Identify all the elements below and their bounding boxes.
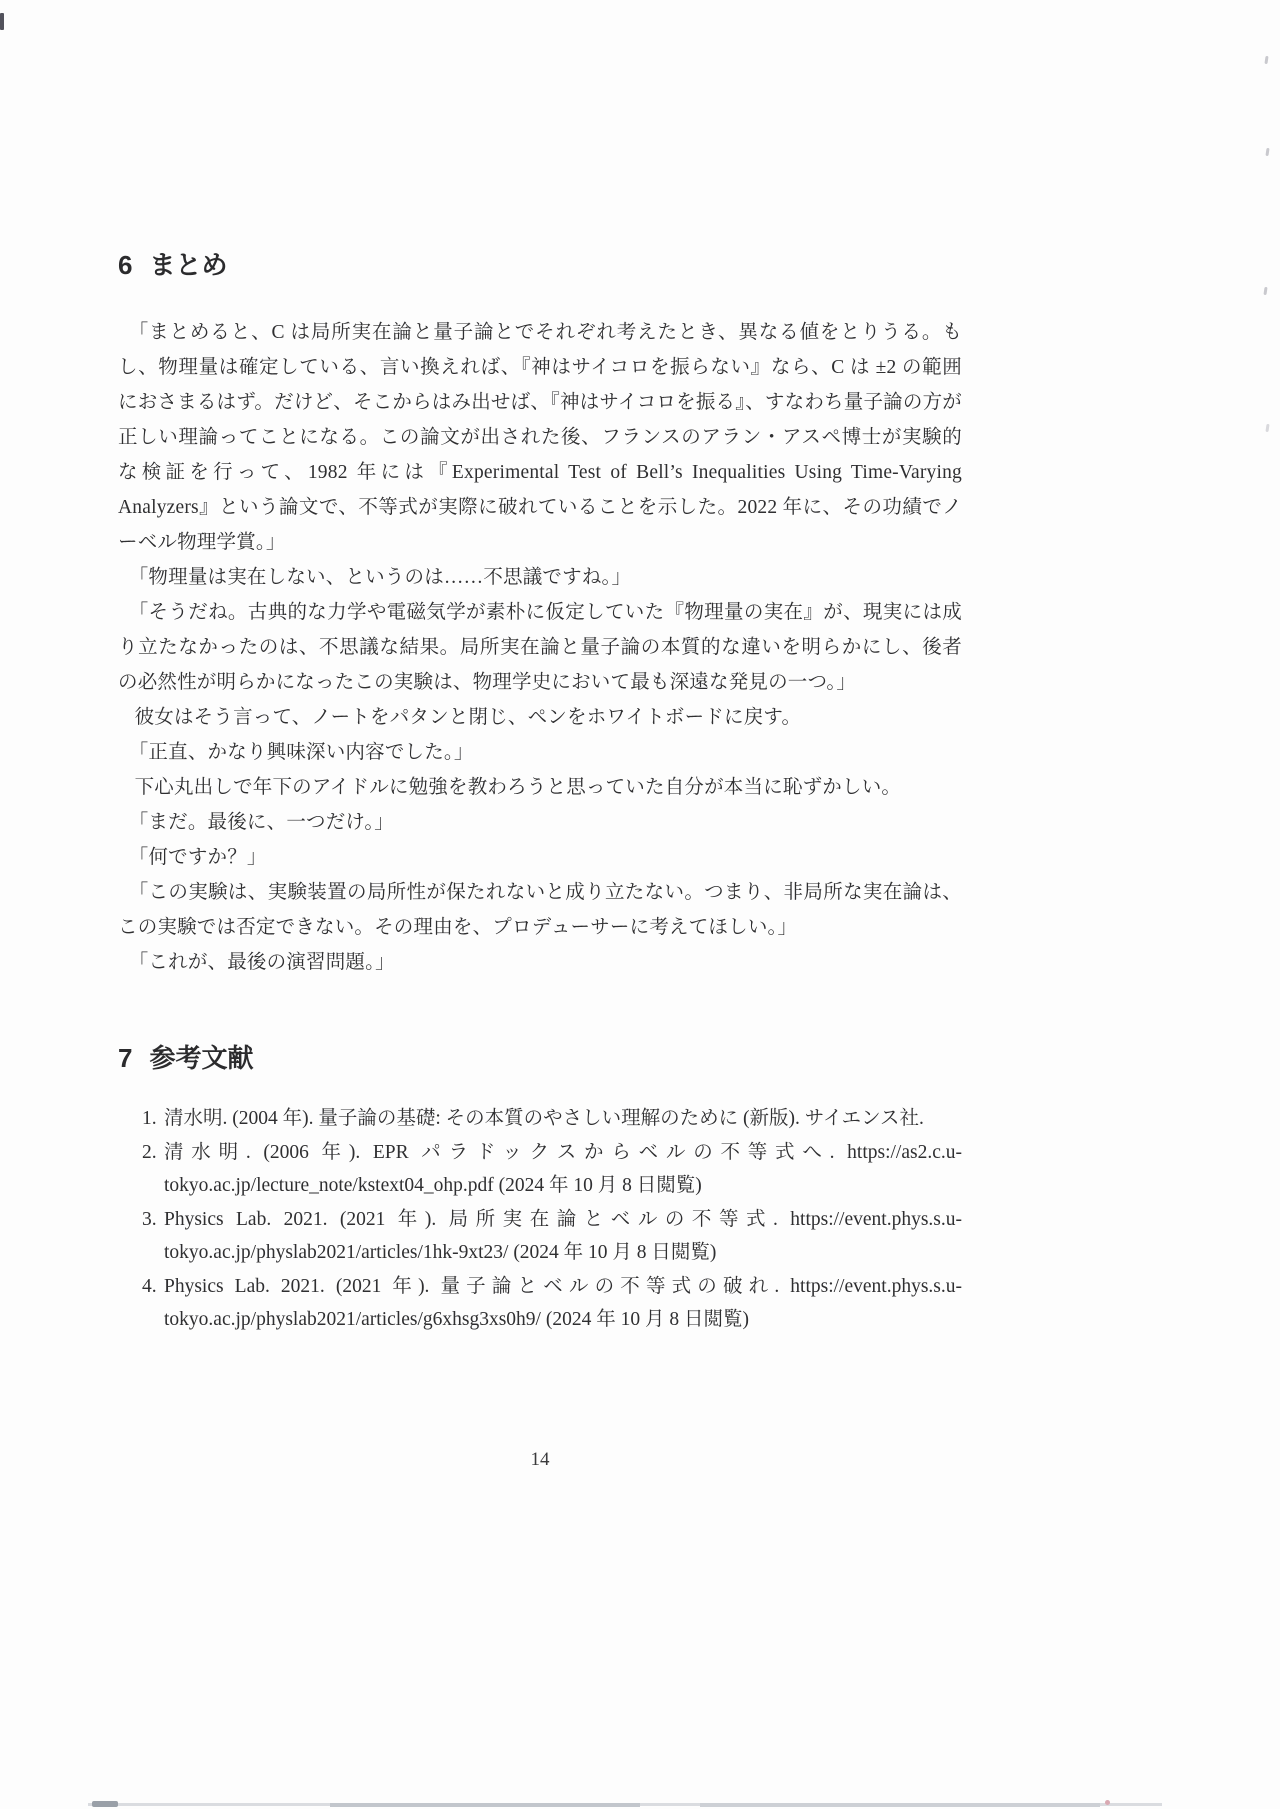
- reference-text: 清水明. (2004 年). 量子論の基礎: その本質のやさしい理解のために (…: [164, 1108, 924, 1129]
- reference-number: 4.: [142, 1270, 157, 1304]
- summary-paragraph: 「まとめると、C は局所実在論と量子論とでそれぞれ考えたとき、異なる値をとりうる…: [118, 315, 962, 560]
- scan-edge-mark: [1264, 56, 1268, 64]
- summary-paragraph: 「正直、かなり興味深い内容でした。」: [118, 735, 962, 770]
- reference-list: 1. 清水明. (2004 年). 量子論の基礎: その本質のやさしい理解のため…: [118, 1102, 962, 1337]
- text-column: 6まとめ 「まとめると、C は局所実在論と量子論とでそれぞれ考えたとき、異なる値…: [118, 0, 962, 1471]
- scan-bottom-edge-mark: [330, 1803, 640, 1807]
- scan-bottom-edge: [88, 1803, 1162, 1806]
- section-title: まとめ: [149, 250, 227, 280]
- summary-paragraph: 「何ですか？」: [118, 840, 962, 875]
- reference-number: 1.: [142, 1102, 157, 1136]
- scan-bottom-edge-mark: [700, 1803, 1100, 1807]
- reference-item: 4. Physics Lab. 2021. (2021 年). 量子論とベルの不…: [118, 1270, 962, 1337]
- reference-text: 清水明. (2006 年). EPR パラドックスからベルの不等式へ. http…: [164, 1142, 962, 1197]
- section-number: 7: [118, 1043, 132, 1073]
- reference-text: Physics Lab. 2021. (2021 年). 局所実在論とベルの不等…: [164, 1209, 962, 1264]
- reference-number: 2.: [142, 1136, 157, 1170]
- summary-paragraph: 「物理量は実在しない、というのは……不思議ですね。」: [118, 560, 962, 595]
- scan-edge-mark: [1265, 148, 1269, 156]
- reference-text: Physics Lab. 2021. (2021 年). 量子論とベルの不等式の…: [164, 1276, 962, 1331]
- summary-paragraph: 下心丸出しで年下のアイドルに勉強を教わろうと思っていた自分が本当に恥ずかしい。: [118, 770, 962, 805]
- section-number: 6: [118, 250, 132, 280]
- page-number: 14: [118, 1449, 962, 1471]
- section-heading-summary: 6まとめ: [118, 247, 962, 283]
- scan-bottom-edge-dot: [1105, 1800, 1110, 1805]
- reference-item: 1. 清水明. (2004 年). 量子論の基礎: その本質のやさしい理解のため…: [118, 1102, 962, 1136]
- summary-paragraph: 「これが、最後の演習問題。」: [118, 945, 962, 980]
- summary-paragraph: 彼女はそう言って、ノートをパタンと閉じ、ペンをホワイトボードに戻す。: [118, 700, 962, 735]
- scan-smudge-top-left: [0, 13, 4, 30]
- summary-paragraph: 「そうだね。古典的な力学や電磁気学が素朴に仮定していた『物理量の実在』が、現実に…: [118, 595, 962, 700]
- section-title: 参考文献: [149, 1043, 253, 1073]
- scan-edge-mark: [1265, 424, 1269, 432]
- scan-edge-mark: [1263, 287, 1267, 295]
- reference-item: 2. 清水明. (2006 年). EPR パラドックスからベルの不等式へ. h…: [118, 1136, 962, 1203]
- summary-paragraph: 「まだ。最後に、一つだけ。」: [118, 805, 962, 840]
- scan-bottom-edge-mark: [92, 1801, 118, 1807]
- reference-item: 3. Physics Lab. 2021. (2021 年). 局所実在論とベル…: [118, 1203, 962, 1270]
- reference-number: 3.: [142, 1203, 157, 1237]
- document-page: 6まとめ 「まとめると、C は局所実在論と量子論とでそれぞれ考えたとき、異なる値…: [0, 0, 1280, 1809]
- summary-paragraph: 「この実験は、実験装置の局所性が保たれないと成り立たない。つまり、非局所な実在論…: [118, 875, 962, 945]
- section-heading-references: 7参考文献: [118, 1040, 962, 1076]
